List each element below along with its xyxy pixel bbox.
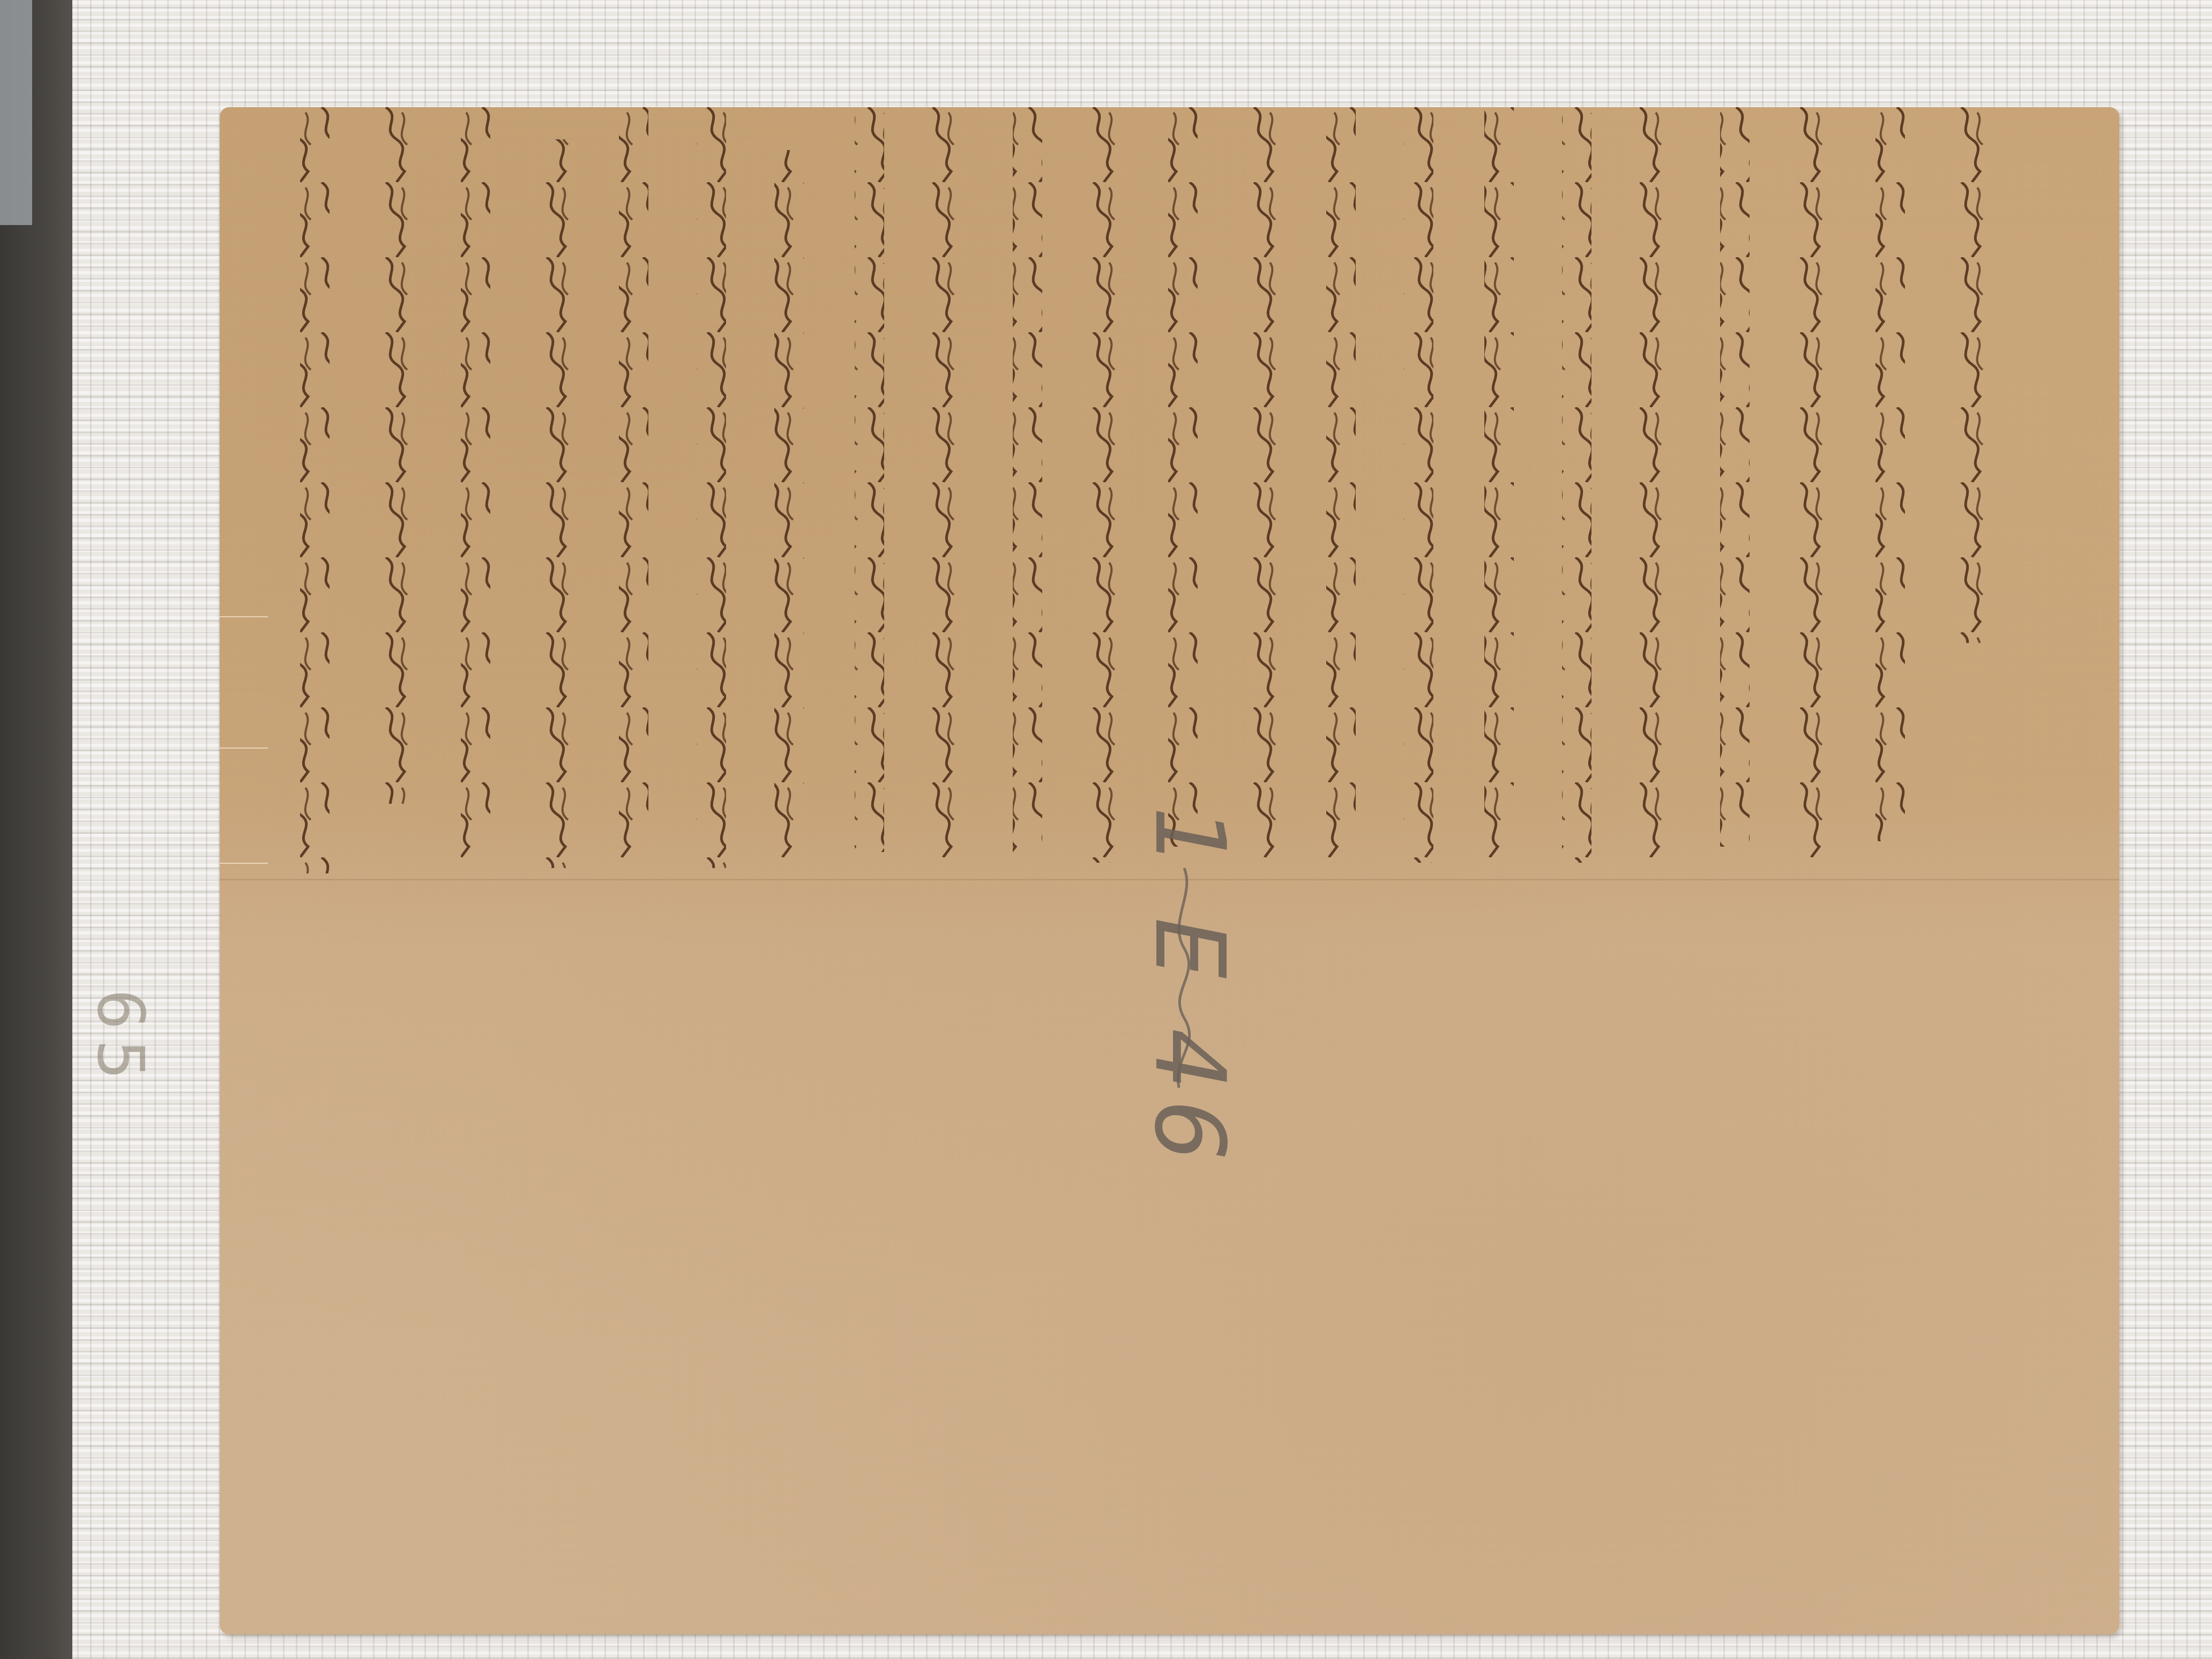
pencil-page-number: 65 (83, 989, 158, 1090)
pencil-catalog-reference: 1 E 46 (1133, 806, 1245, 1171)
dark-surface-edge (0, 0, 72, 1659)
grey-card-corner (0, 0, 32, 225)
script-columns (300, 107, 1985, 873)
